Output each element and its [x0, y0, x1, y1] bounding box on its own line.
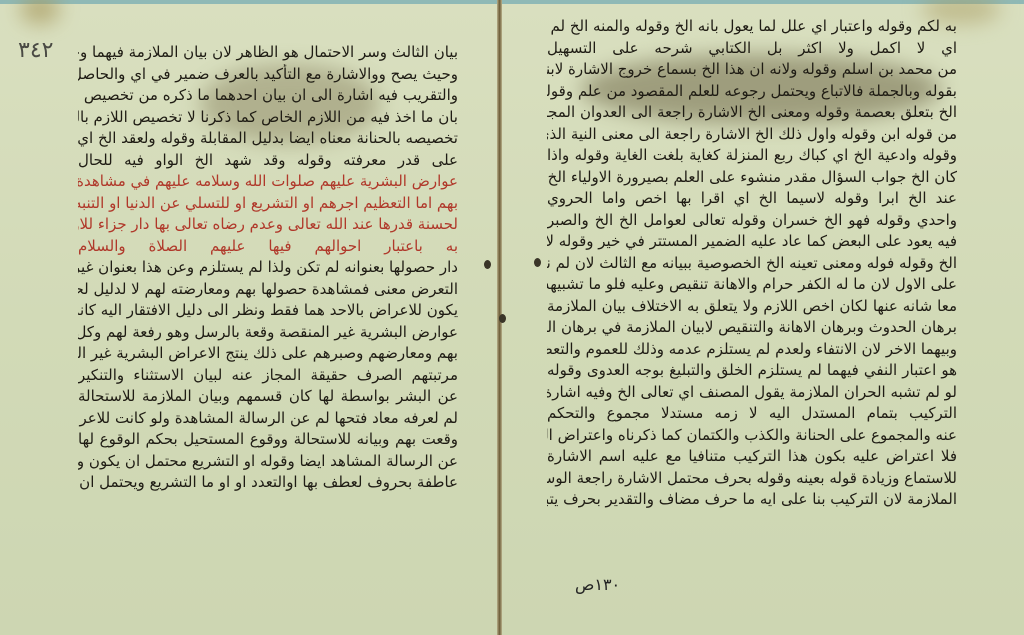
manuscript-line: برهان الحدوث وبرهان الاهانة والتنقيص لاب… — [547, 317, 957, 339]
manuscript-line: هو اعتبار النفي فيهما لم يستلزم الخلق وا… — [547, 360, 957, 382]
binding-hole — [534, 258, 541, 267]
manuscript-line: اي لا اكمل ولا اكثر بل الكتابي شرحه على … — [547, 38, 957, 60]
water-stain — [20, 0, 60, 24]
manuscript-line: لحسنة قدرها عند الله تعالى وعدم رضاه تعا… — [78, 214, 458, 236]
manuscript-line: عن الرسالة المشاهد ايضا وقوله او التشريع… — [78, 451, 458, 473]
manuscript-line: على الاول لان ما له الكفر حرام والاهانة … — [547, 274, 957, 296]
manuscript-line: من قوله ابن وقوله واول ذلك الخ الاشارة ر… — [547, 124, 957, 146]
manuscript-line: به لكم وقوله واعتبار اي علل لما يعول بان… — [547, 16, 957, 38]
manuscript-line: به باعتبار احوالهم فيها عليهم الصلاة وال… — [78, 236, 458, 258]
manuscript-line: واحدي وقوله فهو الخ خسران وقوله تعالى لع… — [547, 210, 957, 232]
manuscript-line: لم لعرفه معاد فتحها لم عن الرسالة المشاه… — [78, 408, 458, 430]
manuscript-line: والتقريب فيه اشارة الى ان بيان احدهما ما… — [78, 85, 458, 107]
manuscript-line: بهم ومعارضهم وصبرهم على ذلك ينتج الاعراض… — [78, 343, 458, 365]
folio-number: ٣٤٢ — [18, 38, 53, 63]
manuscript-line: على قدر معرفته وقوله وقد شهد الخ الواو ف… — [78, 150, 458, 172]
manuscript-line: يكون للاعراض بالاحد هما فقط ونظر الى دلي… — [78, 300, 458, 322]
left-page: ٣٤٢ بيان الثالث وسر الاحتمال هو الظاهر ل… — [0, 4, 501, 635]
manuscript-line: عن البشر بواسطة لها كان قسمهم وبيان المل… — [78, 386, 458, 408]
catchword: ١٣٠ص — [575, 575, 620, 594]
manuscript-line: فيه يعود على البعض كما عاد عليه الضمير ا… — [547, 231, 957, 253]
binding-hole — [499, 314, 506, 323]
manuscript-line: وبيهما الاخر لان الانتفاء ولعدم لم يستلز… — [547, 339, 957, 361]
manuscript-line: عند الخ ابرا وقوله لاسيما الخ اي اقرا به… — [547, 188, 957, 210]
manuscript-line: وقعت بهم وبيانه للاستحالة ووقوع المستحيل… — [78, 429, 458, 451]
manuscript-line: تخصيصه بالحنانة معناه ايضا بدليل المقابل… — [78, 128, 458, 150]
right-text-block: به لكم وقوله واعتبار اي علل لما يعول بان… — [547, 16, 957, 511]
manuscript-line: دار حصولها بعنوانه لم تكن ولذا لم يستلزم… — [78, 257, 458, 279]
manuscript-line: من محمد بن اسلم وقوله ولانه ان هذا الخ ب… — [547, 59, 957, 81]
manuscript-line: بقوله وبالجملة فالاتباع ويحتمل رجوعه للع… — [547, 81, 957, 103]
manuscript-line: عوارض البشرية عليهم صلوات الله وسلامه عل… — [78, 171, 458, 193]
binding-hole — [484, 260, 491, 269]
right-page: به لكم وقوله واعتبار اي علل لما يعول بان… — [501, 4, 1024, 635]
manuscript-line: عنه والمجموع على الحنانة والكذب والكتمان… — [547, 425, 957, 447]
manuscript-line: التعرض معنى فمشاهدة حصولها بهم ومعارضته … — [78, 279, 458, 301]
left-text-block: بيان الثالث وسر الاحتمال هو الظاهر لان ب… — [78, 42, 458, 494]
manuscript-line: بهم اما التعظيم اجرهم او التشريع او للتس… — [78, 193, 458, 215]
manuscript-line: مرتبتهم الصرف حقيقة المجاز عنه لبيان الا… — [78, 365, 458, 387]
manuscript-line: بان ما اخذ فيه من اللازم الخاص كما ذكرنا… — [78, 107, 458, 129]
manuscript-line: وقوله وادعية الخ اي كباك ربع المنزلة كغا… — [547, 145, 957, 167]
manuscript-line: الخ بتعلق بعصمة وقوله ومعنى الخ الاشارة … — [547, 102, 957, 124]
manuscript-line: عاطفة بحروف لعطف بها اوالتعدد او او ما ا… — [78, 472, 458, 494]
manuscript-line: الملازمة لان التركيب بنا على ايه ما حرف … — [547, 489, 957, 511]
manuscript-line: الخ وقوله فوله ومعنى تعينه الخ الخصوصية … — [547, 253, 957, 275]
manuscript-line: معا شانه عنها لكان اخص اللازم ولا يتعلق … — [547, 296, 957, 318]
manuscript-line: لو لم تشبه الحران الملازمة يقول المصنف ا… — [547, 382, 957, 404]
manuscript-line: للاستماع وزيادة قوله بعينه وقوله بحرف مح… — [547, 468, 957, 490]
manuscript-line: فلا اعتراض عليه بكون هذا التركيب متنافيا… — [547, 446, 957, 468]
manuscript-line: بيان الثالث وسر الاحتمال هو الظاهر لان ب… — [78, 42, 458, 64]
manuscript-line: التركيب بتمام المستدل اليه لا زمه مستدلا… — [547, 403, 957, 425]
manuscript-line: كان الخ جواب السؤال مقدر منشوء على العلم… — [547, 167, 957, 189]
manuscript-line: وحيث يصح ووالاشارة مع التأكيد بالعرف ضمي… — [78, 64, 458, 86]
manuscript-line: عوارض البشرية غير المنقصة وقعة بالرسل وه… — [78, 322, 458, 344]
